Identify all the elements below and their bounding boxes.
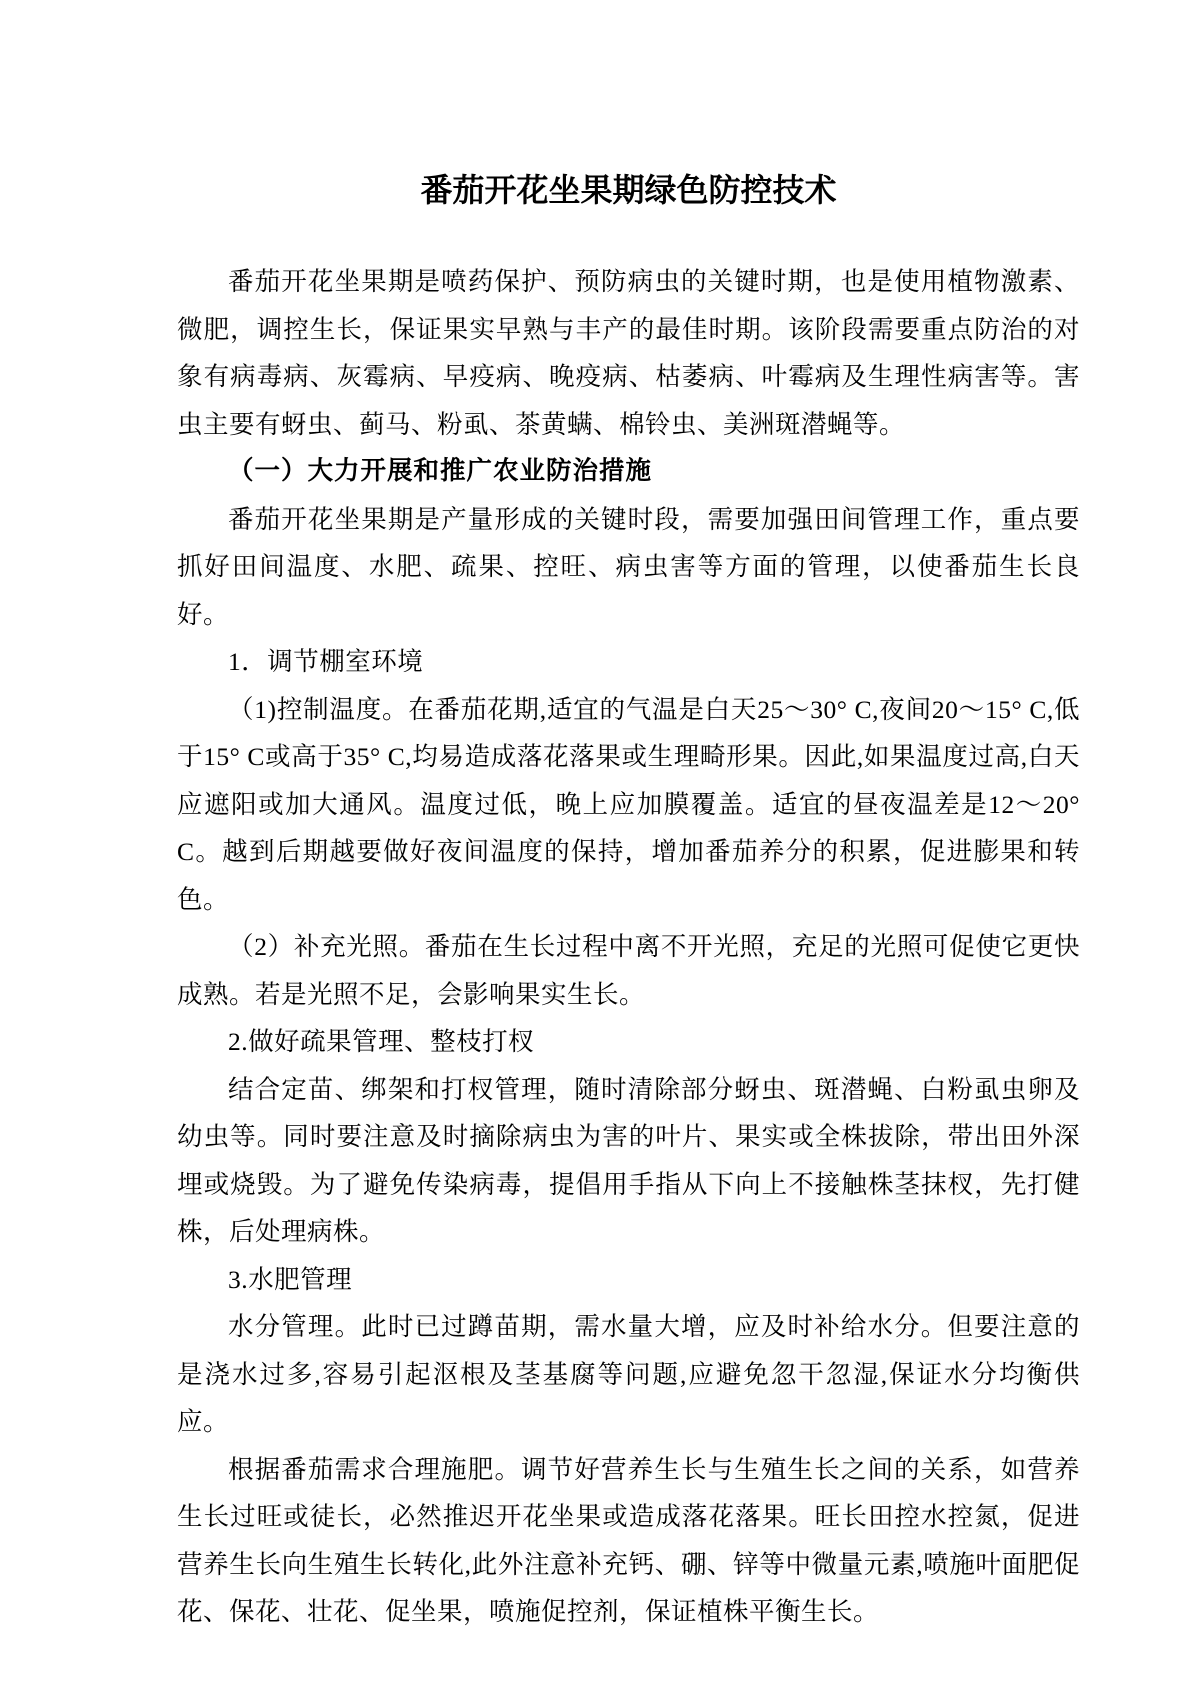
numbered-item-3: 3.水肥管理 (177, 1256, 1080, 1304)
light-supplement-paragraph: （2）补充光照。番茄在生长过程中离不开光照，充足的光照可促使它更快成熟。若是光照… (177, 923, 1080, 1018)
water-management-paragraph: 水分管理。此时已过蹲苗期，需水量大增，应及时补给水分。但要注意的是浇水过多,容易… (177, 1303, 1080, 1446)
temperature-control-paragraph: （1)控制温度。在番茄花期,适宜的气温是白天25～30° C,夜间20～15° … (177, 686, 1080, 924)
intro-paragraph: 番茄开花坐果期是喷药保护、预防病虫的关键时期，也是使用植物激素、微肥，调控生长，… (177, 258, 1080, 448)
numbered-item-1: 1．调节棚室环境 (177, 638, 1080, 686)
fruit-thinning-paragraph: 结合定苗、绑架和打杈管理，随时清除部分蚜虫、斑潜蝇、白粉虱虫卵及幼虫等。同时要注… (177, 1066, 1080, 1256)
document-title: 番茄开花坐果期绿色防控技术 (177, 160, 1080, 220)
section1-intro-paragraph: 番茄开花坐果期是产量形成的关键时段，需要加强田间管理工作，重点要抓好田间温度、水… (177, 496, 1080, 639)
fertilizer-management-paragraph: 根据番茄需求合理施肥。调节好营养生长与生殖生长之间的关系，如营养生长过旺或徒长，… (177, 1446, 1080, 1636)
numbered-item-2: 2.做好疏果管理、整枝打杈 (177, 1018, 1080, 1066)
document-page: 番茄开花坐果期绿色防控技术 番茄开花坐果期是喷药保护、预防病虫的关键时期，也是使… (0, 0, 1190, 1683)
section-heading-1: （一）大力开展和推广农业防治措施 (177, 448, 1080, 496)
